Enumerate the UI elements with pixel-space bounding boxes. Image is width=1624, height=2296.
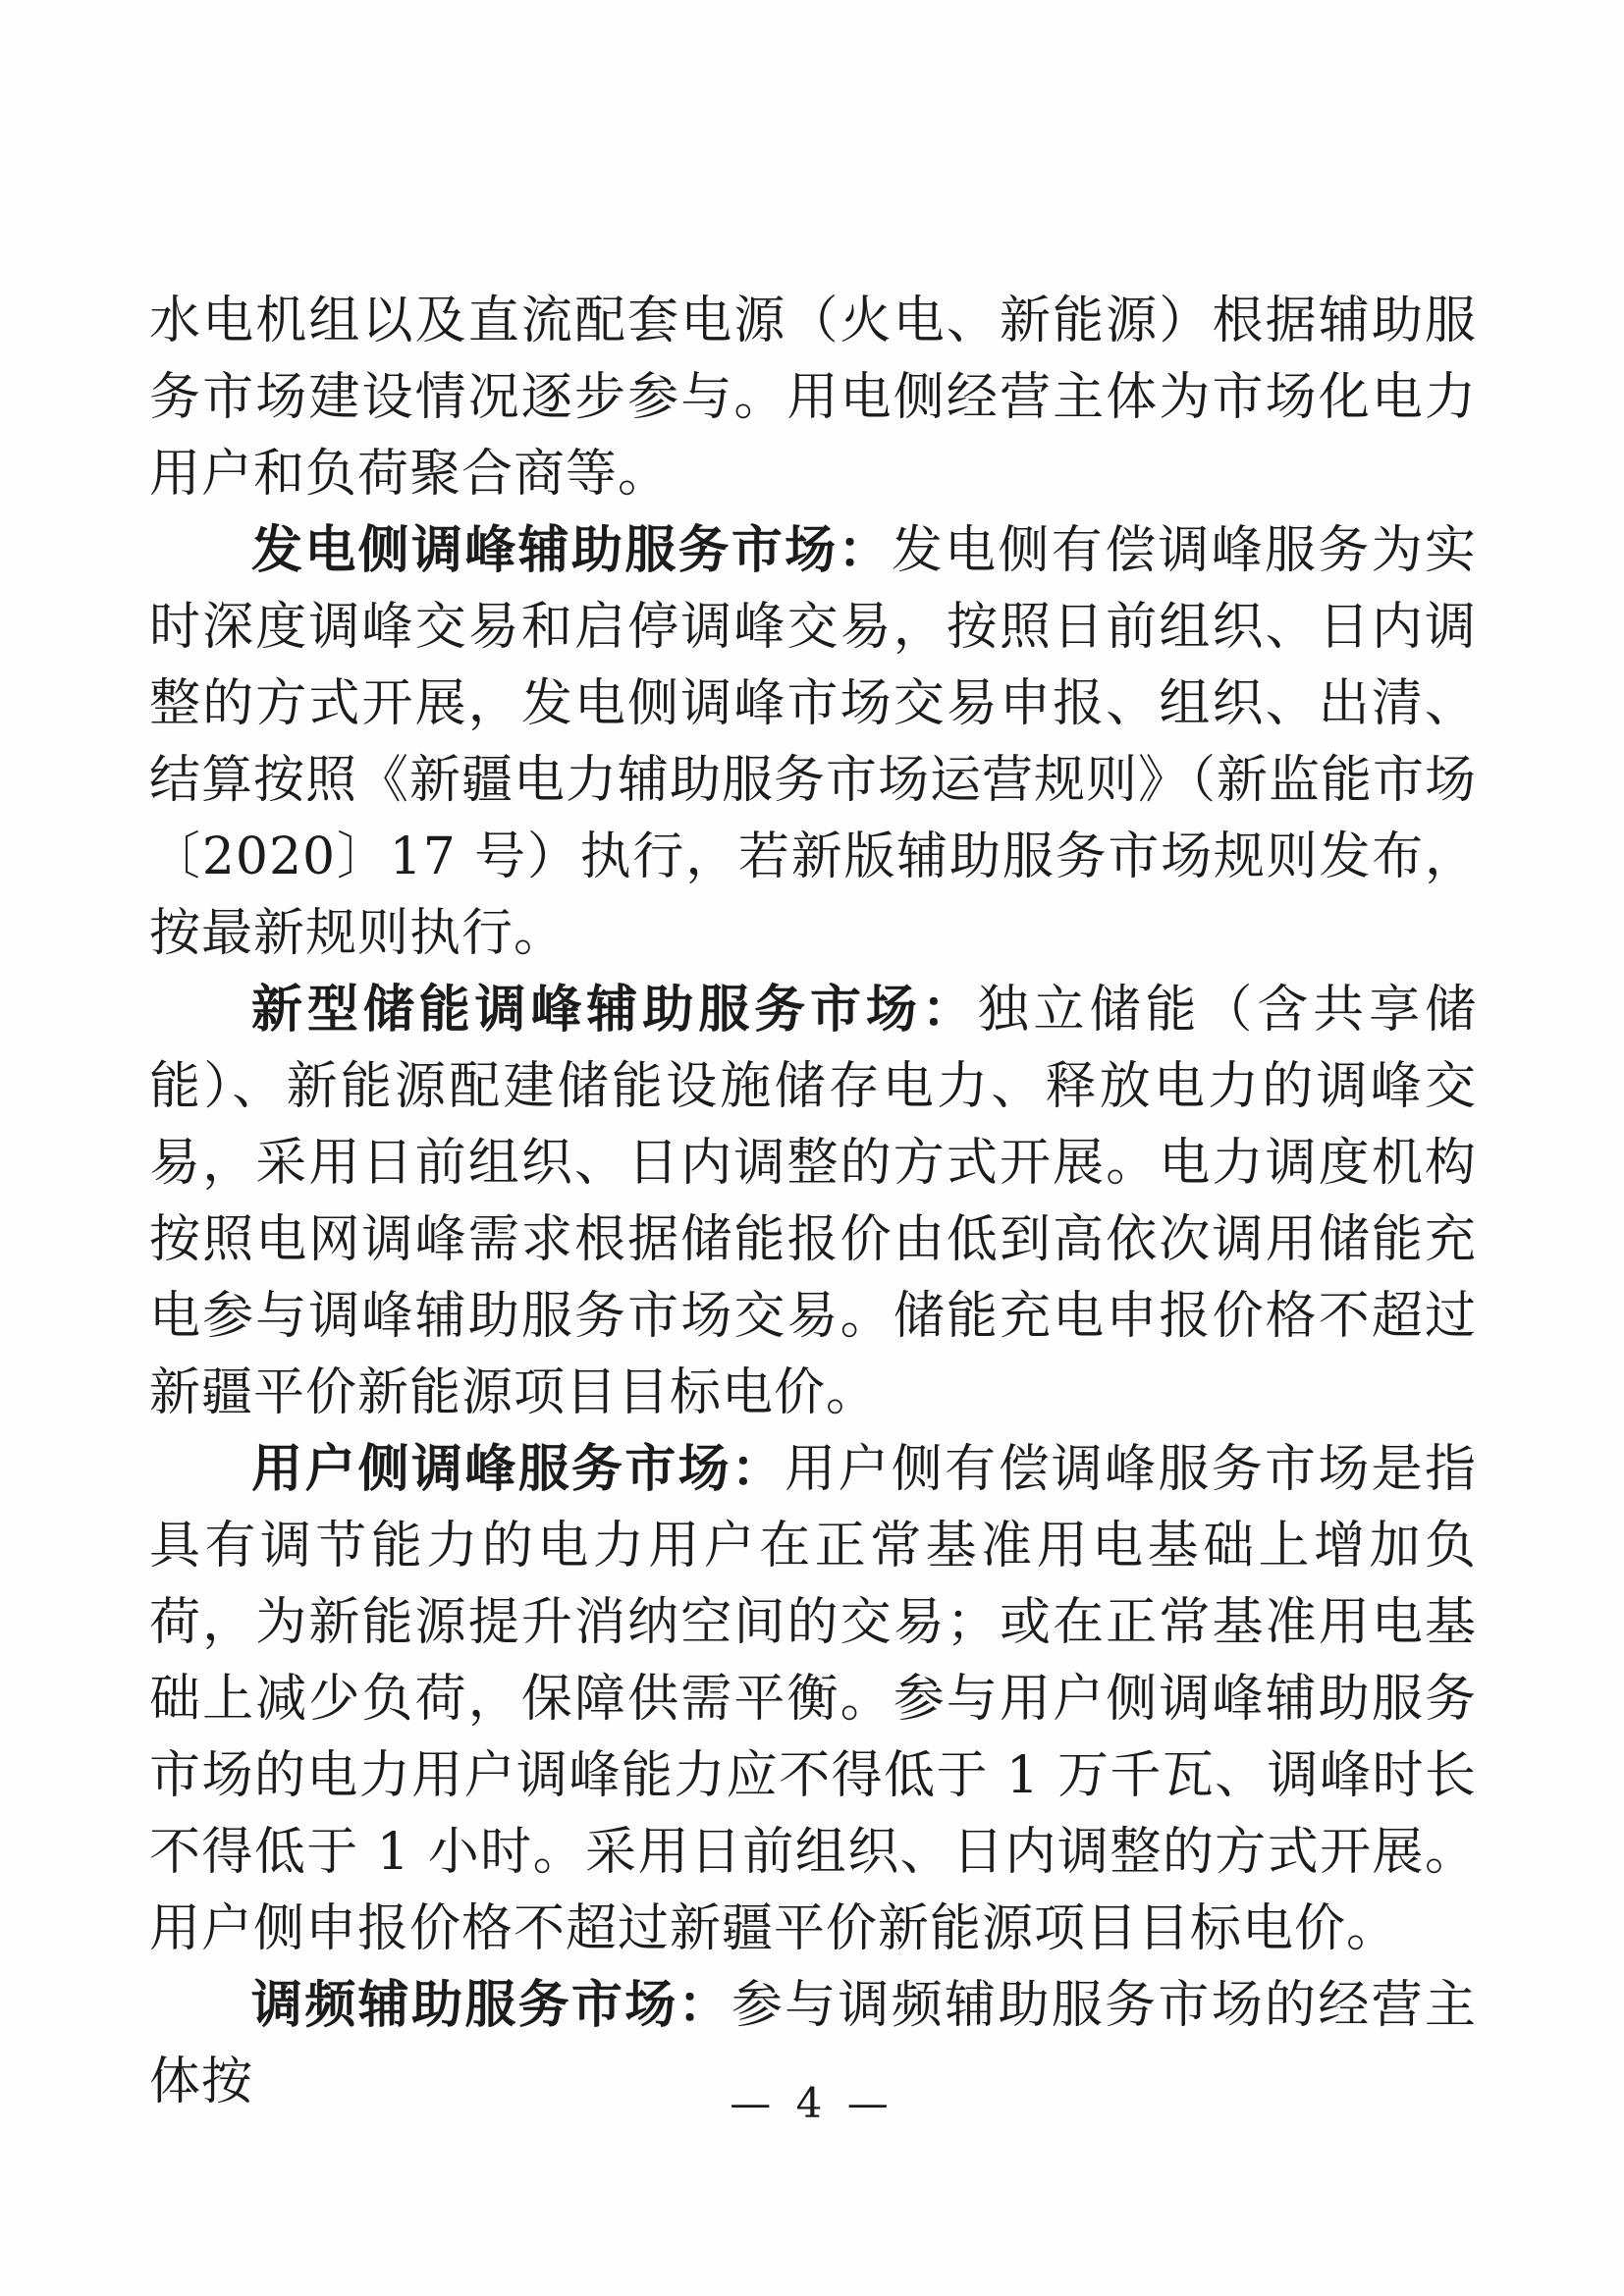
paragraph-lead: 新型储能调峰辅助服务市场： xyxy=(251,980,978,1040)
paragraph-lead: 发电侧调峰辅助服务市场： xyxy=(251,520,892,580)
paragraph-text: 用户侧有偿调峰服务市场是指具有调节能力的电力用户在正常基准用电基础上增加负荷，为… xyxy=(149,1440,1477,1958)
document-page: 水电机组以及直流配套电源（火电、新能源）根据辅助服务市场建设情况逐步参与。用电侧… xyxy=(0,0,1624,2296)
paragraph-text: 水电机组以及直流配套电源（火电、新能源）根据辅助服务市场建设情况逐步参与。用电侧… xyxy=(149,292,1477,504)
page-number: — 4 — xyxy=(0,2079,1624,2127)
paragraph-text: 独立储能（含共享储能）、新能源配建储能设施储存电力、释放电力的调峰交易，采用日前… xyxy=(149,981,1477,1422)
paragraph-continuation: 水电机组以及直流配套电源（火电、新能源）根据辅助服务市场建设情况逐步参与。用电侧… xyxy=(149,283,1477,512)
paragraph-new-storage-market: 新型储能调峰辅助服务市场：独立储能（含共享储能）、新能源配建储能设施储存电力、释… xyxy=(149,972,1477,1431)
paragraph-generation-side-market: 发电侧调峰辅助服务市场：发电侧有偿调峰服务为实时深度调峰交易和启停调峰交易，按照… xyxy=(149,512,1477,972)
document-body: 水电机组以及直流配套电源（火电、新能源）根据辅助服务市场建设情况逐步参与。用电侧… xyxy=(149,283,1477,2120)
paragraph-lead: 调频辅助服务市场： xyxy=(251,1975,731,2035)
paragraph-lead: 用户侧调峰服务市场： xyxy=(251,1439,785,1499)
paragraph-text: 发电侧有偿调峰服务为实时深度调峰交易和启停调峰交易，按照日前组织、日内调整的方式… xyxy=(149,521,1477,963)
paragraph-user-side-market: 用户侧调峰服务市场：用户侧有偿调峰服务市场是指具有调节能力的电力用户在正常基准用… xyxy=(149,1431,1477,1967)
